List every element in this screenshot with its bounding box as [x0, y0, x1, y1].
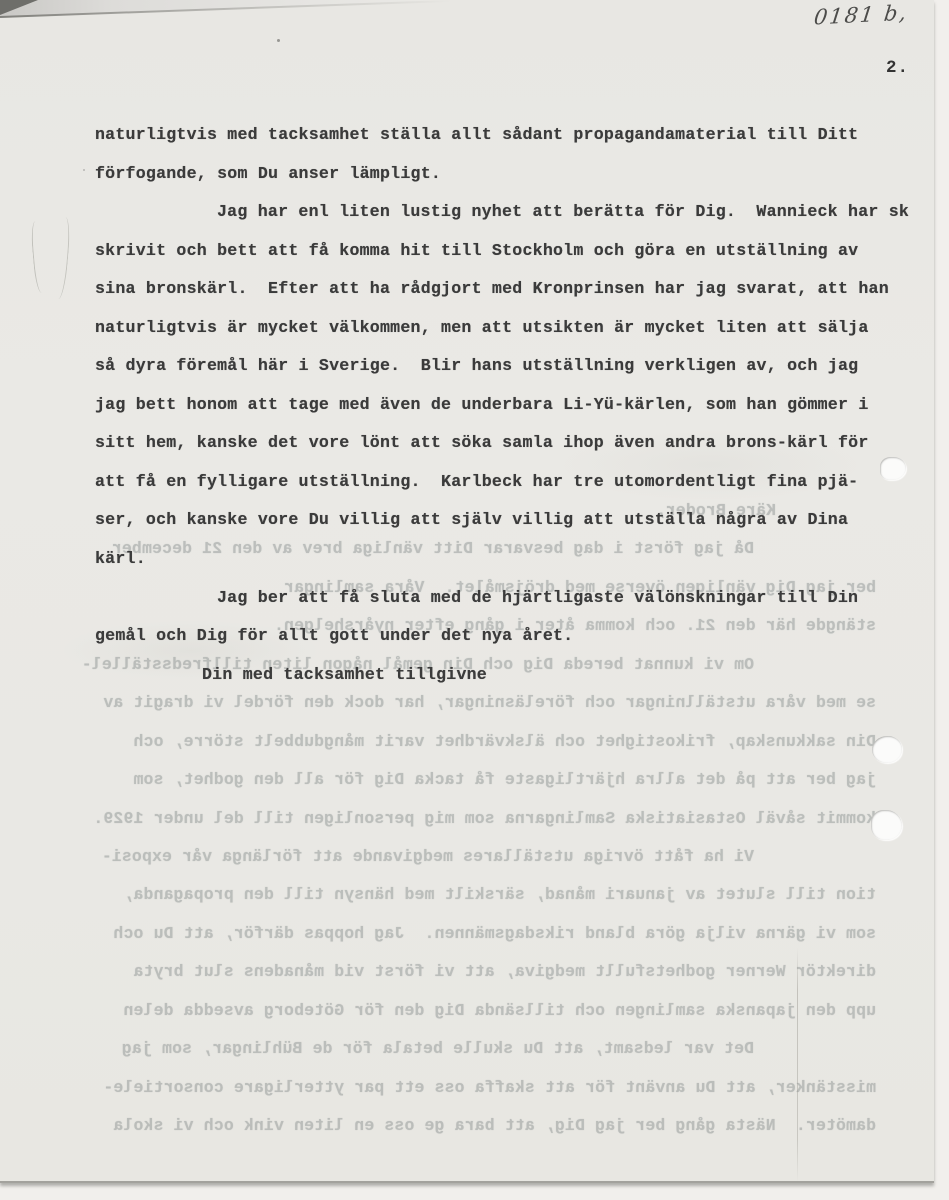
bleed-through-line: jag ber att på det allra hjärtligaste få… [58, 761, 876, 799]
letter-body: naturligtvis med tacksamhet ställa allt … [95, 116, 890, 694]
bleed-through-line: som vi gärna vilja göra bland riksdagsmä… [58, 915, 876, 953]
archive-number: 0181 b, [813, 0, 910, 29]
hole-punch [872, 736, 902, 763]
typed-line: skrivit och bett att få komma hit till S… [95, 232, 890, 271]
typed-line: förfogande, som Du anser lämpligt. [95, 155, 890, 194]
bleed-through-line: Din sakkunskap, frikostighet och älskvär… [58, 723, 876, 761]
typed-line: gemål och Dig för allt gott under det ny… [95, 617, 890, 656]
bleed-through-line: damöter. Nästa gång ber jag Dig, att bar… [58, 1107, 876, 1145]
typed-line: så dyra föremål här i Sverige. Blir hans… [95, 347, 890, 386]
typed-line: Din med tacksamhet tillgivne [95, 656, 890, 695]
page-number: 2. [886, 58, 909, 78]
hole-punch [880, 457, 906, 480]
pencil-mark [52, 217, 71, 300]
typed-line: Jag har enl liten lustig nyhet att berät… [95, 193, 890, 232]
letter-page: 0181 b, 2. Käre Broder,Då jag först i da… [0, 0, 934, 1183]
bleed-through-line: Vi ha fått övriga utställares medgivande… [58, 838, 876, 876]
typed-line: att få en fylligare utställning. Karlbec… [95, 463, 890, 502]
typed-line: sitt hem, kanske det vore lönt att söka … [95, 424, 890, 463]
hole-punch [871, 810, 902, 840]
typed-line: ser, och kanske vore Du villig att själv… [95, 501, 890, 540]
bleed-through-line: direktör Werner godhetsfullt medgiva, at… [58, 953, 876, 991]
pencil-mark [30, 221, 47, 294]
typed-line: naturligtvis är mycket välkommen, men at… [95, 309, 890, 348]
bleed-through-line: misstänker, att Du använt för att skaffa… [58, 1069, 876, 1107]
typed-line: kärl. [95, 540, 890, 579]
bleed-through-line: tion till slutet av januari månad, särsk… [58, 876, 876, 914]
ink-speck [277, 39, 280, 42]
typed-line: jag bett honom att tage med även de unde… [95, 386, 890, 425]
typed-line: sina bronskärl. Efter att ha rådgjort me… [95, 270, 890, 309]
typed-line: naturligtvis med tacksamhet ställa allt … [95, 116, 890, 155]
bleed-through-line: kommit såväl Ostasiatiska Samlingarna so… [58, 800, 876, 838]
bleed-through-line: upp den japanska samlingen och tillsända… [58, 992, 876, 1030]
typed-line: Jag ber att få sluta med de hjärtligaste… [95, 579, 890, 618]
document-scan: 0181 b, 2. Käre Broder,Då jag först i da… [0, 0, 949, 1200]
ink-speck [83, 169, 85, 171]
page-crease [797, 948, 798, 1182]
bleed-through-line: Det var ledsamt, att Du skulle betala fö… [58, 1030, 876, 1068]
